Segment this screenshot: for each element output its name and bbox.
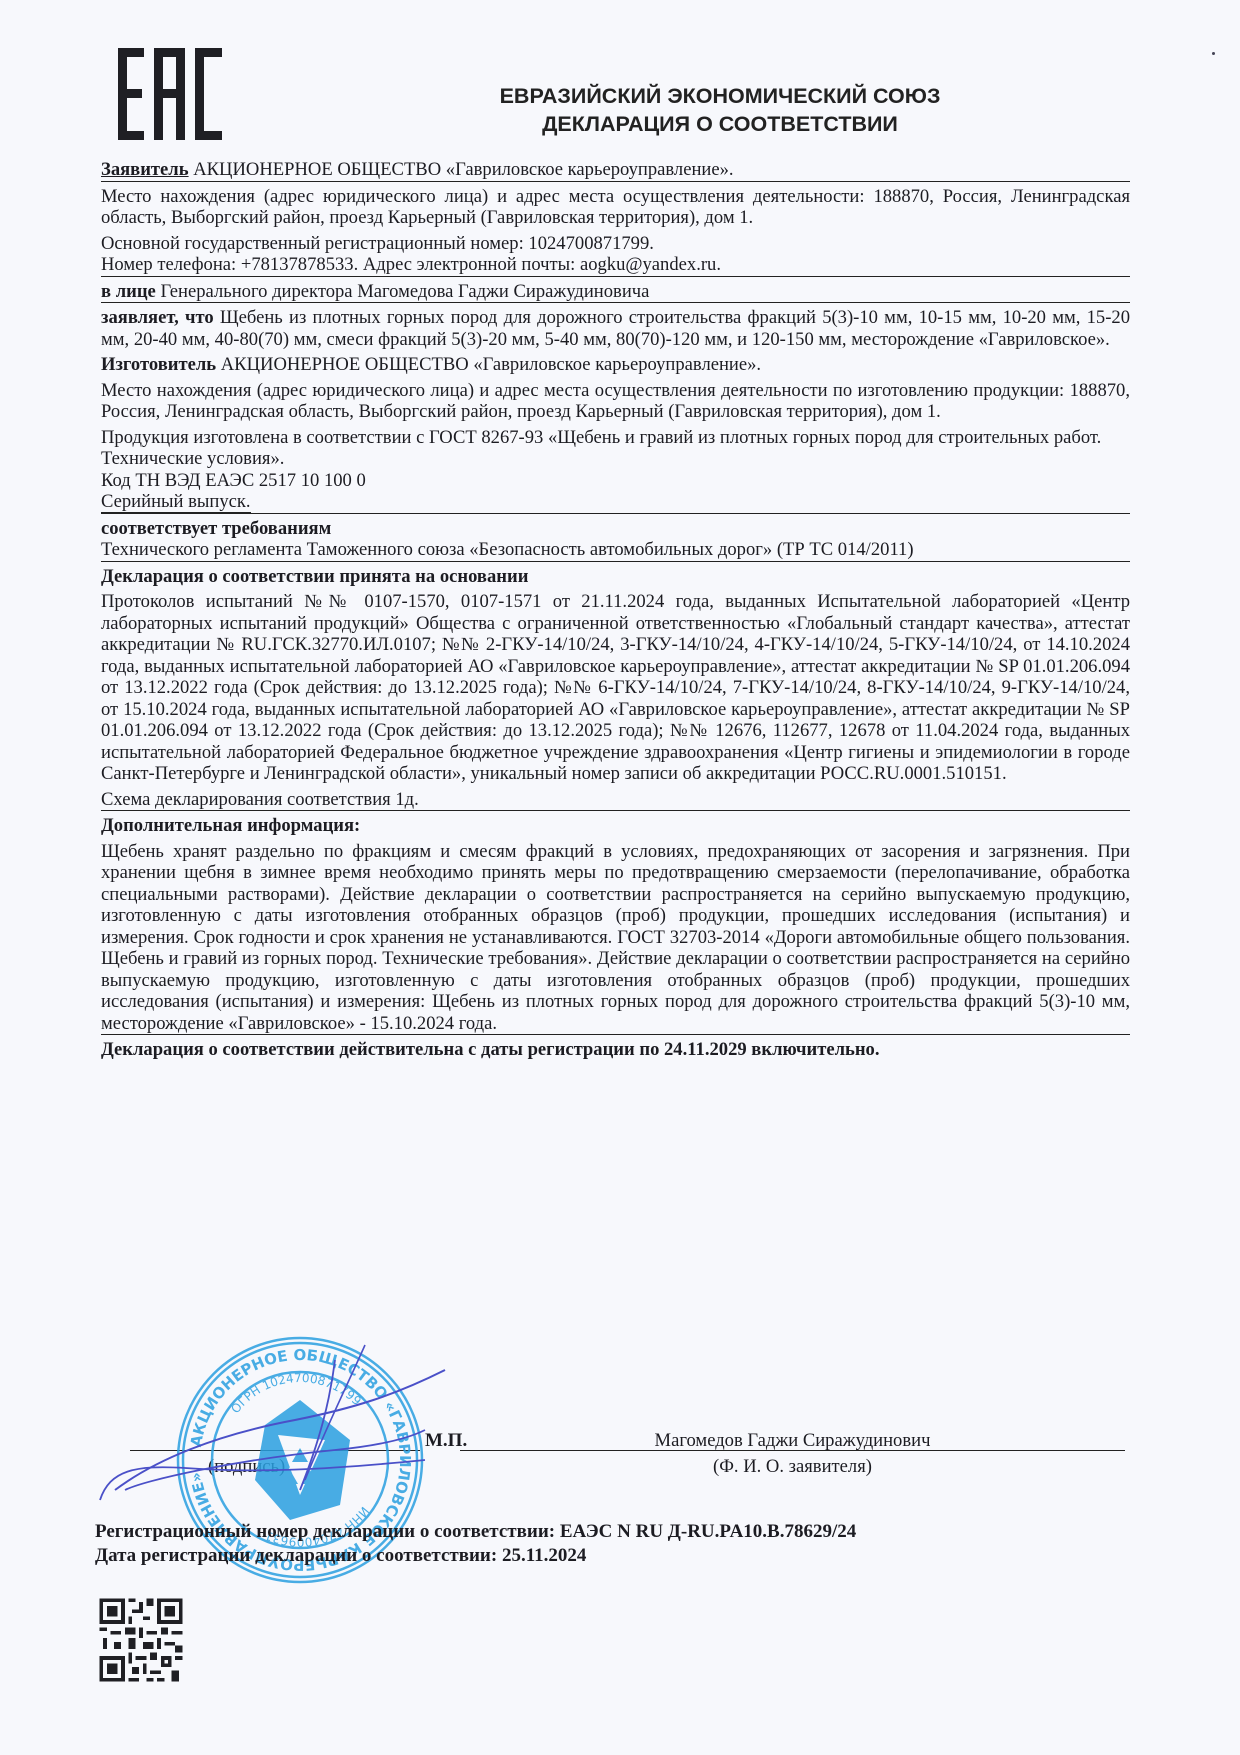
- signature-line: [130, 1450, 420, 1451]
- svg-text:ОГРН 1024700871799: ОГРН 1024700871799: [228, 1371, 364, 1416]
- declares-paragraph: заявляет, что Щебень из плотных горных п…: [101, 307, 1130, 350]
- stamp-ogrn: ОГРН 1024700871799: [228, 1371, 364, 1416]
- applicant-name: АКЦИОНЕРНОЕ ОБЩЕСТВО «Гавриловское карье…: [189, 159, 734, 180]
- declares-label: заявляет, что: [101, 307, 214, 328]
- eac-logo: [118, 48, 222, 140]
- scan-speck: [1212, 52, 1215, 55]
- additional-text: Щебень хранят раздельно по фракциям и см…: [101, 841, 1130, 1035]
- document-header: ЕВРАЗИЙСКИЙ ЭКОНОМИЧЕСКИЙ СОЮЗ ДЕКЛАРАЦИ…: [440, 82, 1000, 138]
- manufacturer-tn-ved: Код ТН ВЭД ЕАЭС 2517 10 100 0: [101, 470, 1130, 492]
- applicant-contacts: Номер телефона: +78137878533. Адрес элек…: [101, 254, 853, 277]
- divider: [101, 1034, 1130, 1035]
- header-declaration-title: ДЕКЛАРАЦИЯ О СООТВЕТСТВИИ: [440, 110, 1000, 138]
- signatory-name: Магомедов Гаджи Сиражудинович: [460, 1430, 1125, 1452]
- manufacturer-label: Изготовитель: [101, 354, 216, 375]
- basis-label: Декларация о соответствии принята на осн…: [101, 566, 1130, 588]
- declaration-body: Заявитель АКЦИОНЕРНОЕ ОБЩЕСТВО «Гаврилов…: [101, 159, 1130, 1061]
- conformity-regulation: Технического регламента Таможенного союз…: [101, 539, 1130, 562]
- representative-text: Генерального директора Магомедова Гаджи …: [156, 281, 650, 302]
- registration-block: Регистрационный номер декларации о соотв…: [95, 1520, 856, 1568]
- applicant-ogrn: Основной государственный регистрационный…: [101, 233, 1130, 255]
- release-text: Серийный выпуск.: [101, 491, 251, 513]
- divider: [101, 513, 1130, 514]
- validity-statement: Декларация о соответствии действительна …: [101, 1039, 1130, 1061]
- name-caption: (Ф. И. О. заявителя): [460, 1456, 1125, 1478]
- representative-line: в лице Генерального директора Магомедова…: [101, 281, 1130, 304]
- manufacturer-release: Серийный выпуск.: [101, 491, 1130, 513]
- conformity-label: соответствует требованиям: [101, 518, 1130, 540]
- applicant-address: Место нахождения (адрес юридического лиц…: [101, 186, 1130, 229]
- registration-date: Дата регистрации декларации о соответств…: [95, 1544, 856, 1568]
- declares-text: Щебень из плотных горных пород для дорож…: [101, 307, 1130, 350]
- signature-caption: (подпись): [208, 1456, 285, 1478]
- additional-label: Дополнительная информация:: [101, 815, 1130, 837]
- representative-label: в лице: [101, 281, 156, 302]
- signature-block: М.П. Магомедов Гаджи Сиражудинович (подп…: [120, 1418, 1130, 1488]
- manufacturer-address: Место нахождения (адрес юридического лиц…: [101, 380, 1130, 423]
- header-union-title: ЕВРАЗИЙСКИЙ ЭКОНОМИЧЕСКИЙ СОЮЗ: [440, 82, 1000, 110]
- manufacturer-standard: Продукция изготовлена в соответствии с Г…: [101, 427, 1130, 470]
- manufacturer-line: Изготовитель АКЦИОНЕРНОЕ ОБЩЕСТВО «Гаври…: [101, 354, 1130, 376]
- basis-text: Протоколов испытаний №№ 0107-1570, 0107-…: [101, 591, 1130, 785]
- registration-number: Регистрационный номер декларации о соотв…: [95, 1520, 856, 1544]
- manufacturer-name: АКЦИОНЕРНОЕ ОБЩЕСТВО «Гавриловское карье…: [216, 354, 761, 375]
- scheme-text: Схема декларирования соответствия 1д.: [101, 789, 419, 811]
- applicant-label: Заявитель: [101, 159, 189, 180]
- basis-scheme: Схема декларирования соответствия 1д.: [101, 789, 1130, 811]
- divider: [101, 276, 1130, 277]
- applicant-line: Заявитель АКЦИОНЕРНОЕ ОБЩЕСТВО «Гаврилов…: [101, 159, 1130, 182]
- qr-code[interactable]: [96, 1595, 186, 1685]
